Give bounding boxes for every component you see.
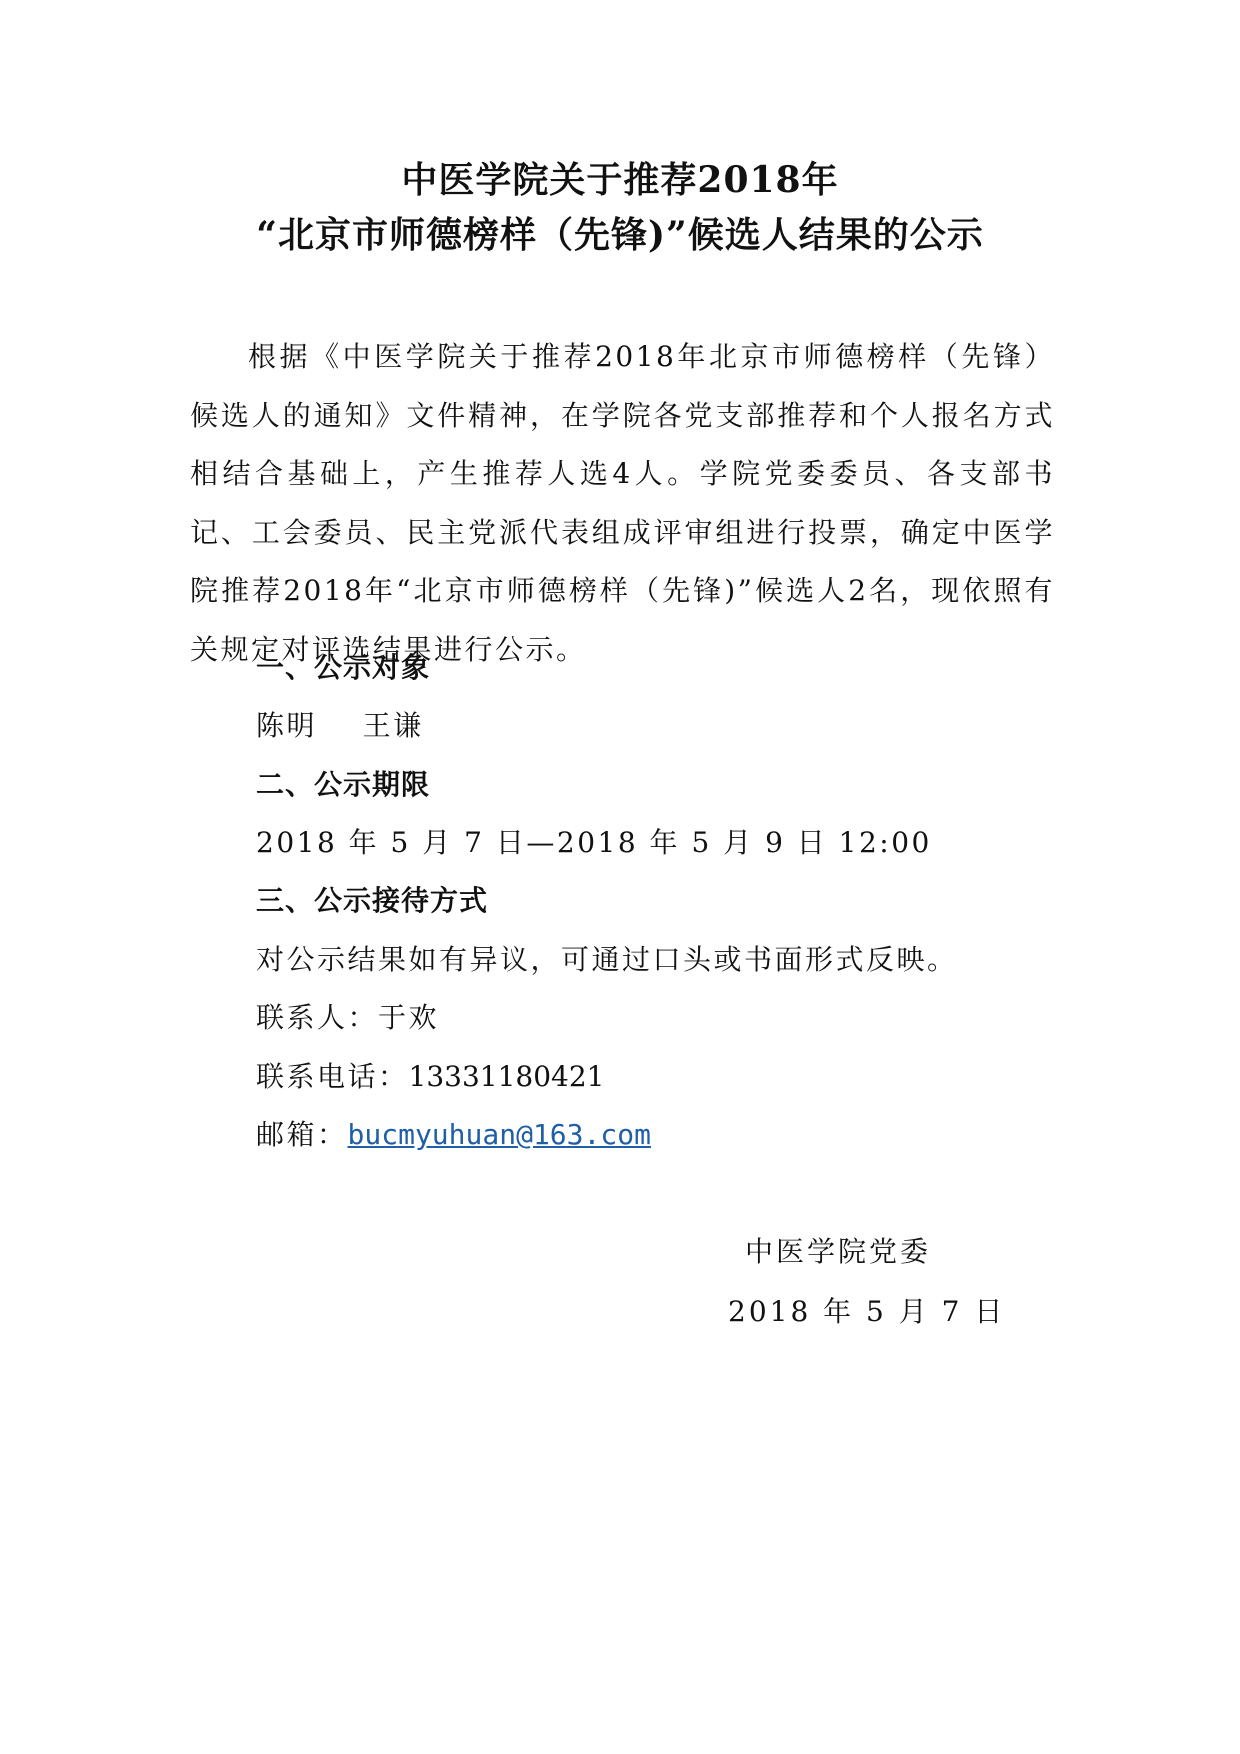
contact-person-label: 联系人： — [256, 1001, 378, 1034]
email-link[interactable]: bucmyuhuan@163.com — [348, 1118, 651, 1151]
body-paragraph: 根据《中医学院关于推荐2018年北京市师德榜样（先锋）候选人的通知》文件精神，在… — [190, 328, 1055, 679]
section-heading-period: 二、公示期限 — [256, 765, 430, 805]
contact-person: 联系人：于欢 — [256, 998, 439, 1038]
signature-org: 中医学院党委 — [745, 1230, 931, 1270]
section-heading-subjects: 一、公示对象 — [256, 648, 430, 688]
title-line-1: 中医学院关于推荐2018年 — [0, 160, 1240, 200]
section-content-reception: 对公示结果如有异议，可通过口头或书面形式反映。 — [256, 940, 958, 980]
section-content-subjects: 陈明 王谦 — [256, 706, 424, 746]
section-heading-reception: 三、公示接待方式 — [256, 881, 488, 921]
contact-phone-number: 13331180421 — [409, 1060, 605, 1093]
signature-date: 2018 年 5 月 7 日 — [728, 1290, 1005, 1330]
section-content-period: 2018 年 5 月 7 日—2018 年 5 月 9 日 12:00 — [256, 823, 932, 863]
contact-person-name: 于欢 — [378, 1001, 439, 1034]
title-line-2: “北京市师德榜样（先锋)”候选人结果的公示 — [0, 215, 1240, 255]
contact-phone: 联系电话：13331180421 — [256, 1057, 604, 1097]
contact-phone-label: 联系电话： — [256, 1060, 409, 1093]
contact-email-label: 邮箱： — [256, 1118, 348, 1151]
contact-email: 邮箱：bucmyuhuan@163.com — [256, 1115, 651, 1155]
